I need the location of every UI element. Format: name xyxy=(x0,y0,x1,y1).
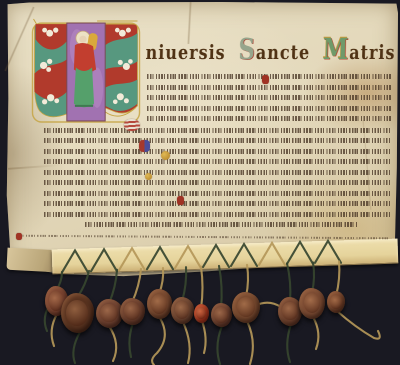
script-line xyxy=(44,170,390,175)
illuminated-initial-U xyxy=(30,17,142,124)
inline-decorated-initial xyxy=(16,233,22,240)
wax-seal xyxy=(147,289,172,319)
initial-right-band xyxy=(105,24,137,116)
wax-seal xyxy=(61,293,94,333)
initial-left-band xyxy=(34,24,66,117)
photo-of-charter: niuersis Sancte Matris xyxy=(0,0,400,365)
decorated-capital-M: M xyxy=(322,33,349,67)
script-line xyxy=(44,212,390,217)
script-line xyxy=(44,149,390,154)
wax-seal xyxy=(194,304,209,323)
heading-word-matris: Matris xyxy=(322,40,395,64)
wax-seal xyxy=(299,288,325,319)
wax-seal xyxy=(232,292,260,323)
script-line xyxy=(147,116,391,121)
inline-decorated-initial xyxy=(161,151,170,160)
script-line xyxy=(44,128,390,133)
heading-text: niuersis Sancte Matris xyxy=(145,40,396,64)
script-line xyxy=(44,159,390,164)
script-line xyxy=(44,138,390,143)
wax-seal xyxy=(327,291,345,313)
wax-seal xyxy=(96,299,123,328)
inline-decorated-initial xyxy=(262,75,269,84)
hanging-cord xyxy=(201,267,203,309)
script-line xyxy=(147,85,391,90)
script-line xyxy=(147,106,391,111)
script-line xyxy=(85,222,357,227)
heading-word-niuersis: niuersis xyxy=(145,40,226,64)
hanging-cord xyxy=(287,263,290,301)
script-line xyxy=(147,74,391,79)
wax-seal xyxy=(171,297,194,324)
wax-seal xyxy=(211,303,232,327)
script-line xyxy=(44,201,390,206)
inline-decorated-initial xyxy=(145,173,152,180)
inline-decorated-initial xyxy=(177,196,184,205)
script-line xyxy=(147,95,391,100)
hanging-cord xyxy=(219,266,222,308)
script-line xyxy=(44,191,390,196)
script-line xyxy=(44,180,390,185)
heading-word-sancte: Sancte xyxy=(238,40,311,64)
wax-seal xyxy=(120,298,145,325)
decorated-capital-S: S xyxy=(238,33,257,67)
initial-centre-panel xyxy=(67,23,105,121)
inline-decorated-initial xyxy=(139,140,150,152)
